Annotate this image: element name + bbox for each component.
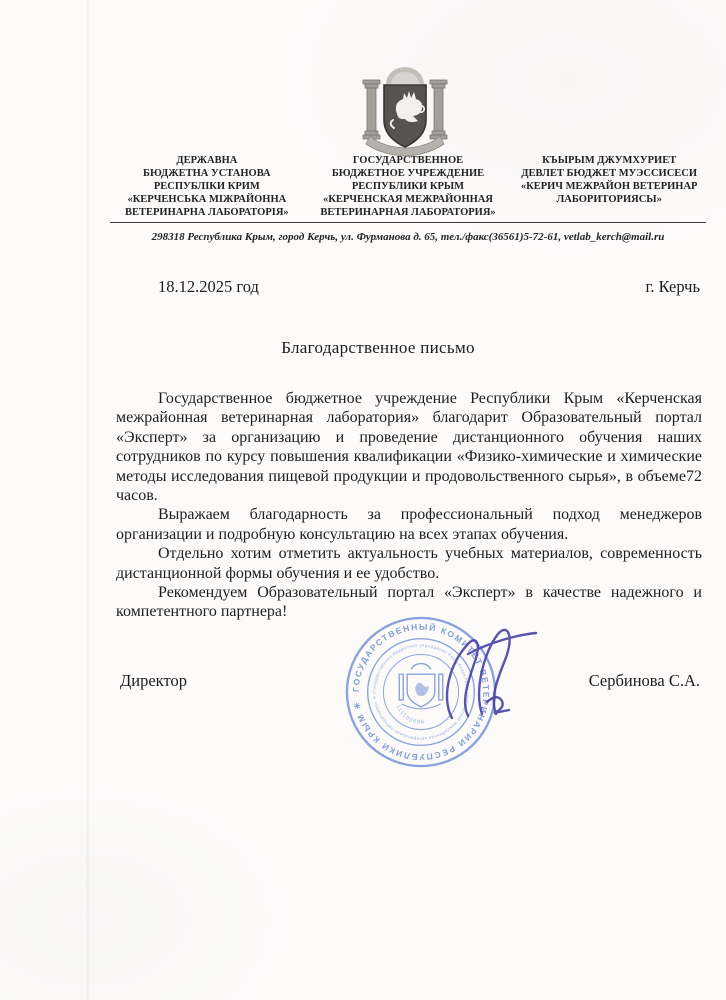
date-row: 18.12.2025 год г. Керчь <box>116 277 700 297</box>
scanned-letter-page: ДЕРЖАВНА БЮДЖЕТНА УСТАНОВА РЕСПУБЛІКИ КР… <box>0 0 726 1000</box>
signer-role: Директор <box>120 671 187 690</box>
org-header-row: ДЕРЖАВНА БЮДЖЕТНА УСТАНОВА РЕСПУБЛІКИ КР… <box>110 154 706 219</box>
org-name-russian: ГОСУДАРСТВЕННОЕ БЮДЖЕТНОЕ УЧРЕЖДЕНИЕ РЕС… <box>311 154 505 219</box>
letter-body: Государственное бюджетное учреждение Рес… <box>116 389 702 622</box>
letter-city: г. Керчь <box>645 277 700 297</box>
org-name-crimean-tatar: КЪЫРЫМ ДЖУМХУРИЕТ ДЕВЛЕТ БЮДЖЕТ МУЭССИСЕ… <box>512 154 706 219</box>
paragraph-materials: Отдельно хотим отметить актуальность уче… <box>116 544 702 583</box>
paragraph-gratitude: Государственное бюджетное учреждение Рес… <box>116 389 702 505</box>
org-name-ukrainian: ДЕРЖАВНА БЮДЖЕТНА УСТАНОВА РЕСПУБЛІКИ КР… <box>110 154 304 219</box>
handwritten-signature <box>424 618 556 750</box>
crimea-coat-of-arms-icon <box>360 60 450 164</box>
paragraph-managers: Выражаем благодарность за профессиональн… <box>116 505 702 544</box>
letter-title: Благодарственное письмо <box>98 338 658 358</box>
signer-name: Сербинова С.А. <box>589 671 700 691</box>
letter-date: 18.12.2025 год <box>158 277 259 296</box>
header-divider <box>110 222 706 223</box>
scan-artifact-streak <box>86 0 89 1000</box>
org-address-line: 298318 Республика Крым, город Керчь, ул.… <box>110 231 706 243</box>
